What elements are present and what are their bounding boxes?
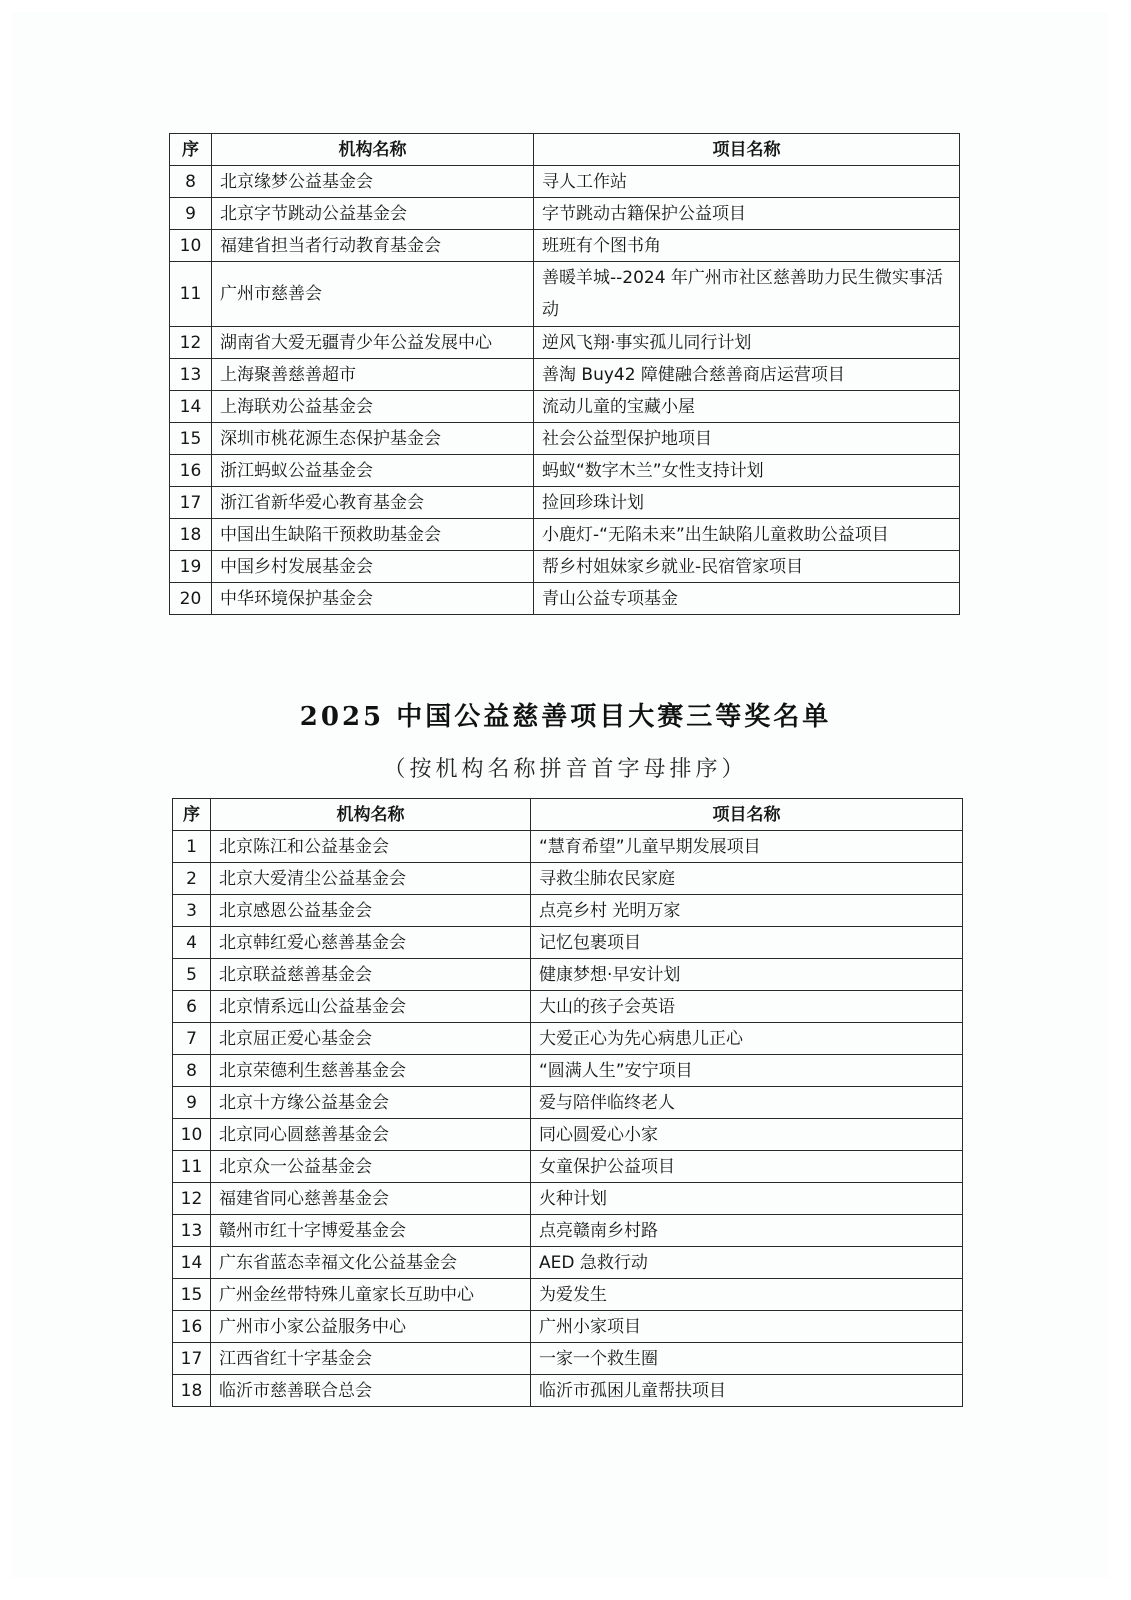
- org-name: 北京字节跳动公益基金会: [212, 198, 534, 230]
- project-name: 班班有个图书角: [534, 230, 960, 262]
- row-number: 14: [173, 1247, 211, 1279]
- row-number: 12: [173, 1183, 211, 1215]
- row-number: 7: [173, 1023, 211, 1055]
- project-name: 善暖羊城--2024 年广州市社区慈善助力民生微实事活动: [534, 262, 960, 327]
- org-name: 北京大爱清尘公益基金会: [211, 863, 531, 895]
- org-name: 北京同心圆慈善基金会: [211, 1119, 531, 1151]
- row-number: 4: [173, 927, 211, 959]
- table-row: 14广东省蓝态幸福文化公益基金会AED 急救行动: [173, 1247, 963, 1279]
- table-row: 9北京字节跳动公益基金会字节跳动古籍保护公益项目: [170, 198, 960, 230]
- org-name: 广东省蓝态幸福文化公益基金会: [211, 1247, 531, 1279]
- row-number: 18: [173, 1375, 211, 1407]
- table-row: 10北京同心圆慈善基金会同心圆爱心小家: [173, 1119, 963, 1151]
- table-row: 4北京韩红爱心慈善基金会记忆包裹项目: [173, 927, 963, 959]
- table-row: 3北京感恩公益基金会点亮乡村 光明万家: [173, 895, 963, 927]
- org-name: 广州市小家公益服务中心: [211, 1311, 531, 1343]
- table-row: 5北京联益慈善基金会健康梦想·早安计划: [173, 959, 963, 991]
- table-row: 19中国乡村发展基金会帮乡村姐妹家乡就业-民宿管家项目: [170, 551, 960, 583]
- table-row: 9北京十方缘公益基金会爱与陪伴临终老人: [173, 1087, 963, 1119]
- project-name: AED 急救行动: [531, 1247, 963, 1279]
- org-name: 北京感恩公益基金会: [211, 895, 531, 927]
- project-name: 大山的孩子会英语: [531, 991, 963, 1023]
- row-number: 16: [173, 1311, 211, 1343]
- table-row: 12湖南省大爱无疆青少年公益发展中心逆风飞翔·事实孤儿同行计划: [170, 327, 960, 359]
- table-header-row: 序 机构名称 项目名称: [173, 799, 963, 831]
- table-row: 16浙江蚂蚁公益基金会蚂蚁“数字木兰”女性支持计划: [170, 455, 960, 487]
- row-number: 2: [173, 863, 211, 895]
- org-name: 广州市慈善会: [212, 262, 534, 327]
- table-row: 1北京陈江和公益基金会“慧育希望”儿童早期发展项目: [173, 831, 963, 863]
- org-name: 北京十方缘公益基金会: [211, 1087, 531, 1119]
- org-name: 北京荣德利生慈善基金会: [211, 1055, 531, 1087]
- row-number: 15: [173, 1279, 211, 1311]
- project-name: 广州小家项目: [531, 1311, 963, 1343]
- project-name: “圆满人生”安宁项目: [531, 1055, 963, 1087]
- project-name: 女童保护公益项目: [531, 1151, 963, 1183]
- org-name: 北京众一公益基金会: [211, 1151, 531, 1183]
- project-name: 蚂蚁“数字木兰”女性支持计划: [534, 455, 960, 487]
- row-number: 20: [170, 583, 212, 615]
- project-name: 健康梦想·早安计划: [531, 959, 963, 991]
- table-row: 11北京众一公益基金会女童保护公益项目: [173, 1151, 963, 1183]
- project-name: 流动儿童的宝藏小屋: [534, 391, 960, 423]
- table-row: 11广州市慈善会善暖羊城--2024 年广州市社区慈善助力民生微实事活动: [170, 262, 960, 327]
- row-number: 14: [170, 391, 212, 423]
- project-name: 帮乡村姐妹家乡就业-民宿管家项目: [534, 551, 960, 583]
- row-number: 5: [173, 959, 211, 991]
- project-name: 逆风飞翔·事实孤儿同行计划: [534, 327, 960, 359]
- table-row: 12福建省同心慈善基金会火种计划: [173, 1183, 963, 1215]
- table-row: 18临沂市慈善联合总会临沂市孤困儿童帮扶项目: [173, 1375, 963, 1407]
- project-name: 爱与陪伴临终老人: [531, 1087, 963, 1119]
- org-name: 北京缘梦公益基金会: [212, 166, 534, 198]
- project-name: 青山公益专项基金: [534, 583, 960, 615]
- table-row: 10福建省担当者行动教育基金会班班有个图书角: [170, 230, 960, 262]
- table-row: 6北京情系远山公益基金会大山的孩子会英语: [173, 991, 963, 1023]
- table-row: 13上海聚善慈善超市善淘 Buy42 障健融合慈善商店运营项目: [170, 359, 960, 391]
- row-number: 16: [170, 455, 212, 487]
- table-row: 8北京缘梦公益基金会寻人工作站: [170, 166, 960, 198]
- project-name: 同心圆爱心小家: [531, 1119, 963, 1151]
- org-name: 上海聚善慈善超市: [212, 359, 534, 391]
- project-name: 小鹿灯-“无陷未来”出生缺陷儿童救助公益项目: [534, 519, 960, 551]
- header-org: 机构名称: [211, 799, 531, 831]
- row-number: 10: [173, 1119, 211, 1151]
- org-name: 北京屈正爱心基金会: [211, 1023, 531, 1055]
- row-number: 1: [173, 831, 211, 863]
- org-name: 福建省同心慈善基金会: [211, 1183, 531, 1215]
- table-row: 13赣州市红十字博爱基金会点亮赣南乡村路: [173, 1215, 963, 1247]
- header-org: 机构名称: [212, 134, 534, 166]
- org-name: 浙江省新华爱心教育基金会: [212, 487, 534, 519]
- project-name: 捡回珍珠计划: [534, 487, 960, 519]
- row-number: 8: [170, 166, 212, 198]
- header-project: 项目名称: [534, 134, 960, 166]
- row-number: 11: [170, 262, 212, 327]
- row-number: 9: [170, 198, 212, 230]
- third-prize-table: 序 机构名称 项目名称 1北京陈江和公益基金会“慧育希望”儿童早期发展项目2北京…: [172, 798, 963, 1407]
- row-number: 9: [173, 1087, 211, 1119]
- section-title: 2025 中国公益慈善项目大赛三等奖名单: [0, 696, 1131, 733]
- row-number: 10: [170, 230, 212, 262]
- project-name: 临沂市孤困儿童帮扶项目: [531, 1375, 963, 1407]
- table-row: 18中国出生缺陷干预救助基金会小鹿灯-“无陷未来”出生缺陷儿童救助公益项目: [170, 519, 960, 551]
- table-row: 8北京荣德利生慈善基金会“圆满人生”安宁项目: [173, 1055, 963, 1087]
- row-number: 19: [170, 551, 212, 583]
- row-number: 11: [173, 1151, 211, 1183]
- org-name: 北京联益慈善基金会: [211, 959, 531, 991]
- org-name: 北京韩红爱心慈善基金会: [211, 927, 531, 959]
- org-name: 湖南省大爱无疆青少年公益发展中心: [212, 327, 534, 359]
- org-name: 广州金丝带特殊儿童家长互助中心: [211, 1279, 531, 1311]
- row-number: 17: [173, 1343, 211, 1375]
- section-subtitle: （按机构名称拼音首字母排序）: [0, 752, 1131, 783]
- second-prize-table-continued: 序 机构名称 项目名称 8北京缘梦公益基金会寻人工作站9北京字节跳动公益基金会字…: [169, 133, 960, 615]
- project-name: 为爱发生: [531, 1279, 963, 1311]
- org-name: 中国出生缺陷干预救助基金会: [212, 519, 534, 551]
- project-name: 社会公益型保护地项目: [534, 423, 960, 455]
- project-name: 点亮赣南乡村路: [531, 1215, 963, 1247]
- table-header-row: 序 机构名称 项目名称: [170, 134, 960, 166]
- table-row: 7北京屈正爱心基金会大爱正心为先心病患儿正心: [173, 1023, 963, 1055]
- row-number: 8: [173, 1055, 211, 1087]
- row-number: 6: [173, 991, 211, 1023]
- header-no: 序: [170, 134, 212, 166]
- row-number: 12: [170, 327, 212, 359]
- org-name: 福建省担当者行动教育基金会: [212, 230, 534, 262]
- header-no: 序: [173, 799, 211, 831]
- org-name: 上海联劝公益基金会: [212, 391, 534, 423]
- project-name: 寻人工作站: [534, 166, 960, 198]
- row-number: 13: [173, 1215, 211, 1247]
- table-row: 20中华环境保护基金会青山公益专项基金: [170, 583, 960, 615]
- table-row: 15深圳市桃花源生态保护基金会社会公益型保护地项目: [170, 423, 960, 455]
- project-name: “慧育希望”儿童早期发展项目: [531, 831, 963, 863]
- project-name: 记忆包裹项目: [531, 927, 963, 959]
- row-number: 18: [170, 519, 212, 551]
- org-name: 江西省红十字基金会: [211, 1343, 531, 1375]
- org-name: 中国乡村发展基金会: [212, 551, 534, 583]
- project-name: 寻救尘肺农民家庭: [531, 863, 963, 895]
- org-name: 深圳市桃花源生态保护基金会: [212, 423, 534, 455]
- row-number: 3: [173, 895, 211, 927]
- org-name: 浙江蚂蚁公益基金会: [212, 455, 534, 487]
- table-row: 17浙江省新华爱心教育基金会捡回珍珠计划: [170, 487, 960, 519]
- row-number: 15: [170, 423, 212, 455]
- row-number: 13: [170, 359, 212, 391]
- project-name: 善淘 Buy42 障健融合慈善商店运营项目: [534, 359, 960, 391]
- project-name: 点亮乡村 光明万家: [531, 895, 963, 927]
- table-row: 16广州市小家公益服务中心广州小家项目: [173, 1311, 963, 1343]
- org-name: 中华环境保护基金会: [212, 583, 534, 615]
- project-name: 大爱正心为先心病患儿正心: [531, 1023, 963, 1055]
- project-name: 火种计划: [531, 1183, 963, 1215]
- org-name: 临沂市慈善联合总会: [211, 1375, 531, 1407]
- org-name: 北京情系远山公益基金会: [211, 991, 531, 1023]
- table-row: 14上海联劝公益基金会流动儿童的宝藏小屋: [170, 391, 960, 423]
- row-number: 17: [170, 487, 212, 519]
- table-row: 17江西省红十字基金会一家一个救生圈: [173, 1343, 963, 1375]
- table-row: 15广州金丝带特殊儿童家长互助中心为爱发生: [173, 1279, 963, 1311]
- table-row: 2北京大爱清尘公益基金会寻救尘肺农民家庭: [173, 863, 963, 895]
- org-name: 北京陈江和公益基金会: [211, 831, 531, 863]
- project-name: 字节跳动古籍保护公益项目: [534, 198, 960, 230]
- header-project: 项目名称: [531, 799, 963, 831]
- project-name: 一家一个救生圈: [531, 1343, 963, 1375]
- org-name: 赣州市红十字博爱基金会: [211, 1215, 531, 1247]
